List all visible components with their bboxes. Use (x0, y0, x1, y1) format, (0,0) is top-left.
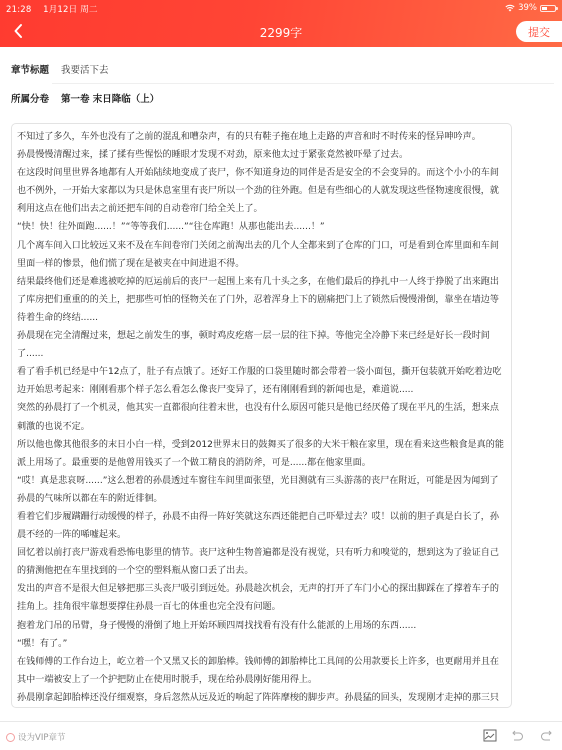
paragraph: 孙晨慢慢清醒过来，揉了揉有些惺忪的睡眼才发现不对劲，原来他太过于紧张竟然被吓晕了… (17, 146, 506, 164)
nav-bar: 2299字 提交 (0, 16, 562, 47)
volume-label: 所属分卷 (11, 91, 61, 105)
paragraph: 回忆着以前打丧尸游戏看恐怖电影里的情节。丧尸这种生物普遍都是没有视觉，只有听力和… (17, 544, 506, 580)
volume-select[interactable]: 第一卷 末日降临（上） (61, 91, 159, 105)
chapter-content-editor[interactable]: 不知过了多久，车外也没有了之前的混乱和嘈杂声，有的只有鞋子拖在地上走路的声音和时… (11, 123, 512, 708)
radio-circle-icon[interactable] (6, 733, 15, 742)
paragraph: “嘿！有了。” (17, 635, 506, 653)
editor-toolbar (482, 727, 554, 743)
paragraph: 在这段时间里世界各地都有人开始陆续地变成了丧尸，你不知道身边的同伴是否是安全的不… (17, 164, 506, 218)
paragraph: 结果最终他们还是难逃被吃掉的厄运前后的丧尸一起围上来有几十头之多，在他们最后的挣… (17, 273, 506, 327)
battery-icon (540, 5, 556, 12)
chapter-title-row: 章节标题 我要活下去 (0, 55, 562, 83)
status-datetime: 21:28 1月12日 周二 (6, 3, 98, 15)
status-time: 21:28 (6, 5, 32, 15)
redo-button[interactable] (538, 727, 554, 743)
undo-button[interactable] (510, 727, 526, 743)
battery-percent: 39% (518, 3, 537, 13)
wifi-icon (505, 4, 515, 12)
paragraph: 发出的声音不是很大但足够把那三头丧尸吸引到远处。孙晨趁次机会，无声的打开了车门小… (17, 580, 506, 616)
submit-button[interactable]: 提交 (516, 21, 562, 42)
chapter-title-input[interactable]: 我要活下去 (61, 62, 109, 76)
paragraph: 看了看手机已经是中午12点了，肚子有点饿了。还好工作服的口袋里随时都会带着一袋小… (17, 363, 506, 399)
image-icon (483, 729, 497, 742)
word-count-title: 2299字 (0, 24, 562, 41)
status-bar: 21:28 1月12日 周二 39% (0, 0, 562, 16)
chapter-title-label: 章节标题 (11, 62, 61, 76)
paragraph: 孙晨现在完全清醒过来，想起之前发生的事，顿时鸡皮疙瘩一层一层的往下掉。等他完全冷… (17, 327, 506, 363)
paragraph: “哎！真是悲哀呀......”这么想着的孙晨透过车窗往车间里面张望，光目测就有三… (17, 472, 506, 508)
app-header: 21:28 1月12日 周二 39% 2299字 提交 (0, 0, 562, 47)
vip-label: 设为VIP章节 (18, 731, 65, 743)
insert-image-button[interactable] (482, 727, 498, 743)
paragraph: 突然的孙晨打了一个机灵，他其实一直都很向往着末世，也没有什么原因可能只是他已经厌… (17, 399, 506, 435)
redo-icon (539, 728, 553, 742)
paragraph: 孙晨刚拿起卸胎棒还没仔细观察，身后忽然从远及近的响起了阵阵摩梭的脚步声。孙晨猛的… (17, 689, 506, 708)
paragraph: 几个离车间入口比较远又来不及在车间卷帘门关闭之前淘出去的几个人全都来到了仓库的门… (17, 237, 506, 273)
paragraph: 不知过了多久，车外也没有了之前的混乱和嘈杂声，有的只有鞋子拖在地上走路的声音和时… (17, 128, 506, 146)
undo-icon (511, 728, 525, 742)
paragraph: 抱着龙门吊的吊臂，身子慢慢的滑倒了地上开始环顾四周找找看有没有什么能派的上用场的… (17, 617, 506, 635)
paragraph: “快！快！往外面跑......！”“等等我们......”“往仓库跑！从那也能出… (17, 218, 506, 236)
volume-row[interactable]: 所属分卷 第一卷 末日降临（上） (0, 84, 562, 112)
vip-chapter-toggle[interactable]: 设为VIP章节 (6, 731, 65, 743)
status-indicators: 39% (505, 3, 556, 13)
status-date: 1月12日 周二 (43, 5, 98, 15)
paragraph: 在钱师傅的工作台边上，屹立着一个又黑又长的卸胎棒。钱师傅的卸胎棒比工具间的公用款… (17, 653, 506, 689)
footer-divider (0, 721, 562, 722)
paragraph: 看着它们步履蹒跚行动缓慢的样子，孙晨不由得一阵好笑就这东西还能把自己吓晕过去？哎… (17, 508, 506, 544)
paragraph: 所以他也像其他很多的末日小白一样，受到2012世界末日的鼓舞买了很多的大米干粮在… (17, 436, 506, 472)
